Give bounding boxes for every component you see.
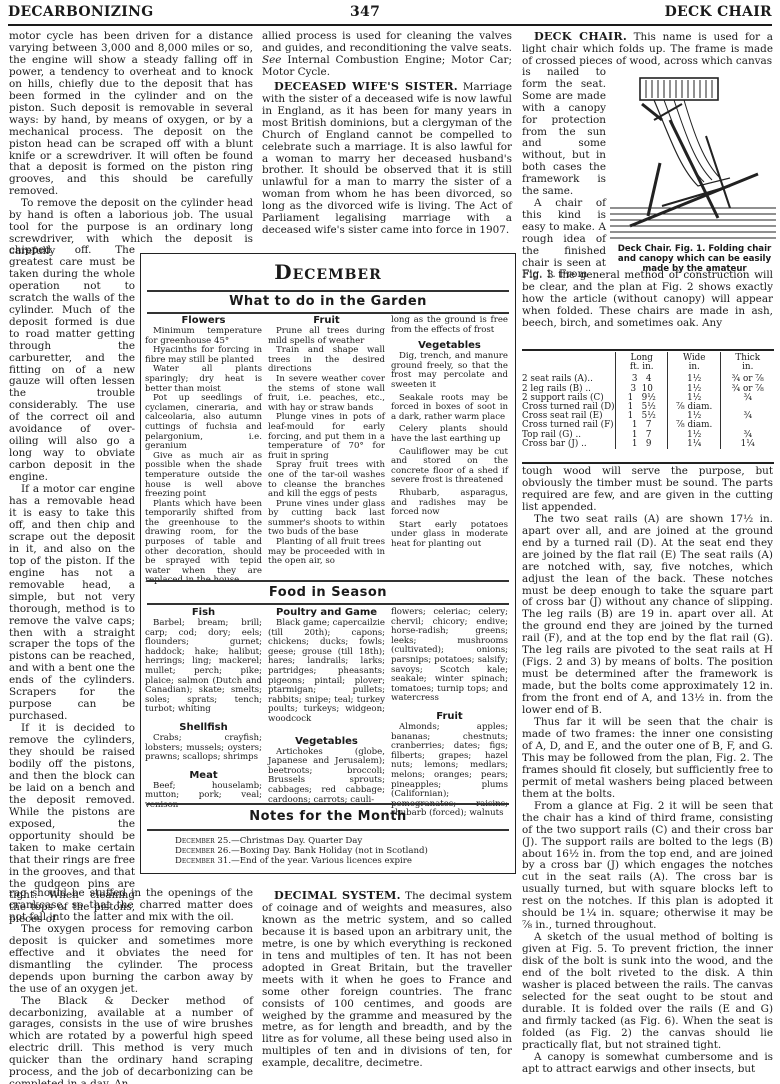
running-head-left: DECARBONIZING [8,4,154,20]
page-number: 347 [350,4,380,20]
notes-section-title: Notes for the Month [141,809,515,824]
food-list: Artichokes (globe, Japanese and Jerusale… [268,748,385,806]
garden-item: Cauliflower may be cut and stored on the… [391,448,508,486]
divider [147,603,509,605]
see-label: See [262,54,281,66]
garden-item: Train and shape wall trees in the desire… [268,346,385,375]
decimal-system-article: DECIMAL SYSTEM. The decimal system of co… [262,890,512,1070]
garden-item: Plants which have been temporarily shift… [145,500,262,586]
divider [147,290,509,292]
garden-item: Prune vines under glass by cutting back … [268,500,385,538]
food-list: flowers; celeriac; celery; chervil; chic… [391,608,508,704]
paragraph: The oxygen process for removing carbon d… [9,924,253,996]
notes-list: December 25.—Christmas Day. Quarter Day … [141,837,515,866]
food-section-title: Food in Season [141,585,515,600]
garden-section-title: What to do in the Garden [141,294,515,309]
table-top-rule [522,349,774,351]
paragraph: From a glance at Fig. 2 it will be seen … [522,801,773,932]
paragraph: rag should be stuffed in the openings of… [9,888,253,924]
note-item: December 31.—End of the year. Various li… [141,857,515,867]
shellfish-heading: Shellfish [145,721,262,734]
paragraph: The Black & Decker method of decarbonizi… [9,996,253,1084]
deceased-wife-sister-article: allied process is used for cleaning the … [262,31,512,237]
garden-item: Planting of all fruit trees may be proce… [268,538,385,567]
paragraph: Thus far it will be seen that the chair … [522,717,773,801]
garden-item: Seakale roots may be forced in boxes of … [391,394,508,423]
paragraph: allied process is used for cleaning the … [262,31,512,79]
decarbonizing-article-bottom: rag should be stuffed in the openings of… [9,888,253,1084]
december-title: December [141,260,515,284]
paragraph: tough wood will serve the purpose, but o… [522,466,773,514]
flowers-column: Flowers Minimum temperature for greenhou… [145,314,262,586]
divider [147,829,509,831]
food-vegetables-heading: Vegetables [268,735,385,748]
running-head-right: DECK CHAIR [665,4,772,20]
garden-item: Prune all trees during mild spells of we… [268,327,385,346]
food-list: Barbel; bream; brill; carp; cod; dory; e… [145,619,262,715]
paragraph: DECK CHAIR. This name is used for a ligh… [522,31,773,68]
garden-item: long as the ground is free from the effe… [391,316,508,335]
food-list: Beef; houselamb; mutton; pork; veal; ven… [145,782,262,811]
entry-heading: DECK CHAIR. [534,29,627,43]
divider [147,803,509,805]
table-header-row: Longft. in. Widein. Thickin. [522,352,774,375]
deck-chair-after-figure: Fig. 3 the general method of constructio… [522,270,773,330]
paragraph: is nailed to form the seat. Some are mad… [522,67,606,198]
food-list: Black game; capercailzie (till 20th); ca… [268,619,385,725]
paragraph: motor cycle has been driven for a distan… [9,31,253,198]
header-rule [8,24,772,26]
deck-chair-body: tough wood will serve the purpose, but o… [522,466,773,1076]
paragraph: If a motor car engine has a removable he… [9,484,135,723]
food-fruit-column: flowers; celeriac; celery; chervil; chic… [391,608,508,819]
decarbonizing-article-narrow: chipped off. The greatest care must be t… [9,245,135,926]
vegetables-column: long as the ground is free from the effe… [391,316,508,549]
garden-item: Pot up seedlings of cyclamen, cineraria,… [145,394,262,452]
entry-heading: DECEASED WIFE'S SISTER. [274,79,458,93]
paragraph: Fig. 3 the general method of constructio… [522,270,773,330]
deck-chair-narrow-text: is nailed to form the seat. Some are mad… [522,67,606,281]
garden-item: Spray fruit trees with one of the tar-oi… [268,461,385,499]
paragraph: A canopy is somewhat cumbersome and is a… [522,1052,773,1076]
garden-item: Water all plants sparingly; dry heat is … [145,365,262,394]
garden-item: In severe weather cover the stems of sto… [268,375,385,413]
garden-item: Hyacinths for forcing in fibre may still… [145,346,262,365]
garden-item: Start early potatoes under glass in mode… [391,521,508,550]
december-panel: December What to do in the Garden Flower… [140,253,516,874]
cutting-list-table: Longft. in. Widein. Thickin. 2 seat rail… [522,352,774,449]
garden-item: Give as much air as possible when the sh… [145,452,262,500]
paragraph: DECEASED WIFE'S SISTER. Marriage with th… [262,81,512,237]
paragraph: The two seat rails (A) are shown 17½ in.… [522,514,773,717]
meat-heading: Meat [145,769,262,782]
poultry-column: Poultry and Game Black game; capercailzi… [268,606,385,805]
garden-item: Celery plants should have the last earth… [391,425,508,444]
decarbonizing-article-top: motor cycle has been driven for a distan… [9,31,253,258]
paragraph: A sketch of the usual method of bolting … [522,932,773,1052]
deck-chair-intro: DECK CHAIR. This name is used for a ligh… [522,31,773,68]
food-list: Crabs; crayfish; lobsters; mussels; oyst… [145,734,262,763]
column-header-thick: Thickin. [721,352,774,375]
table-row: Cross bar (J) ..1 91¼1¼ [522,440,774,449]
column-header-long: Longft. in. [616,352,667,375]
divider [147,580,509,582]
entry-heading: DECIMAL SYSTEM. [274,888,401,902]
garden-item: Dig, trench, and manure ground freely, s… [391,352,508,390]
food-fruit-heading: Fruit [391,710,508,723]
table-bottom-rule [522,462,774,464]
garden-item: Rhubarb, asparagus, and radishes may be … [391,489,508,518]
garden-item: Plunge vines in pots of leaf-mould for e… [268,413,385,461]
fish-column: Fish Barbel; bream; brill; carp; cod; do… [145,606,262,811]
paragraph: DECIMAL SYSTEM. The decimal system of co… [262,890,512,1070]
garden-item: Minimum temperature for greenhouse 45° [145,327,262,346]
column-header-wide: Widein. [667,352,721,375]
deck-chair-illustration [610,68,776,244]
paragraph: chipped off. The greatest care must be t… [9,245,135,484]
fruit-column: Fruit Prune all trees during mild spells… [268,314,385,567]
